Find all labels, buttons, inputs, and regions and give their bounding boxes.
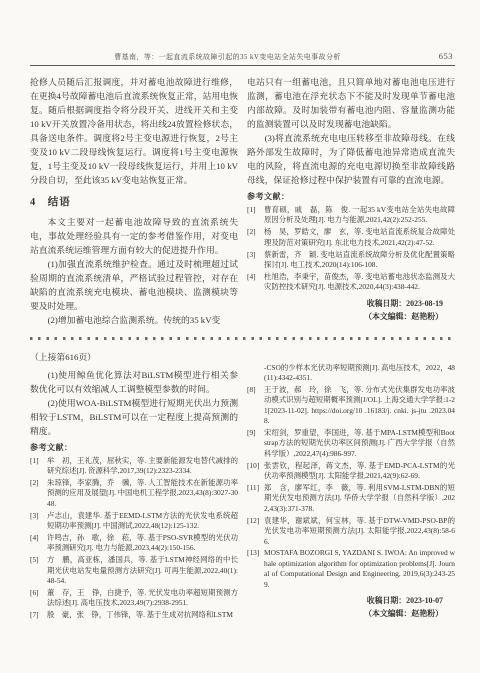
paragraph: 本文主要对一起蓄电池故障导致的直流系统失电，事故处理经验具有一定的参考借鉴作用，…: [30, 215, 238, 257]
reference-text: 卢志山，袁建华. 基于EEMD-LSTM方法的光伏发电系统超短期功率预测[J].…: [47, 511, 238, 532]
reference-item: [10] 张雲钦，程起泽，蒋文杰，等. 基于EMD-PCA-LSTM的光伏功率预…: [247, 461, 455, 482]
section-heading: 4 结语: [30, 194, 238, 209]
reference-text: 蔡新雷，齐 颖. 变电站直流系统故障分析及优化配置策略探讨[J]. 电工技术,2…: [264, 250, 455, 271]
reference-text: 许鸣吉，孙 歌，徐 菘，等. 基于PSO-SVR模型的光伏功率预测研究[J]. …: [47, 533, 238, 554]
reference-text: 张雲钦，程起泽，蒋文杰，等. 基于EMD-PCA-LSTM的光伏功率预测模型[J…: [264, 461, 455, 482]
reference-item: [1] 牟 初，王礼茂，屈秋实，等. 主要新能源发电替代减排的研究综述[J]. …: [30, 456, 238, 477]
reference-number: [5]: [30, 555, 47, 586]
paragraph: (1)使用鲸鱼优化算法对BiLSTM模型进行相关参数优化可以有效缩减人工调整模型…: [30, 368, 238, 396]
reference-item: [4] 杜旭浩，李秉宇，苗俊杰，等. 变电站蓄电池状态监测及大灾防控技术研究[J…: [247, 272, 455, 293]
journal-page: 曹基南，等：一起直流系统故障引起的35 kV变电站全站失电事故分析 653 抢修…: [0, 0, 480, 673]
dashed-divider: [30, 337, 455, 340]
reference-number: [1]: [30, 456, 47, 477]
reference-item: [2] 朱琼锋，李家腾，乔 骥，等. 人工智能技术在新能源功率预测的应用及展望[…: [30, 478, 238, 509]
page-header: 曹基南，等：一起直流系统故障引起的35 kV变电站全站失电事故分析 653: [30, 52, 455, 63]
reference-item: [9] 宋绍剑，罗重望，李国进，等. 基于MPA-LSTM模型和Bootstra…: [247, 428, 455, 459]
reference-item: [13] MOSTAFA BOZORGI S, YAZDANI S. IWOA:…: [247, 548, 455, 590]
reference-text: 杨 昊，罗皓文，廖 玄，等. 变电站直流系统复合故障处理及防范对策研究[J]. …: [264, 227, 455, 248]
reference-text: 朱琼锋，李家腾，乔 骥，等. 人工智能技术在新能源功率预测的应用及展望[J]. …: [47, 478, 238, 509]
reference-number: [7]: [30, 610, 47, 620]
editor-note: （本文编辑：赵艳粉）: [247, 607, 443, 620]
paragraph: 抢修人员随后汇报调度，并对蓄电池故障进行维修，在更换4号故障蓄电池后直流系统恢复…: [30, 75, 238, 187]
paragraph: (2)使用WOA-BiLSTM模型进行短期光伏出力预测相较于LSTM，BiLST…: [30, 396, 238, 438]
reference-number: [10]: [247, 461, 264, 482]
reference-text: 方 鹏，高亚栋，潘国兵，等. 基于LSTM神经网络的中长期光伏电站发电量预测方法…: [47, 555, 238, 586]
paragraph: 电站只有一组蓄电池，且只简单地对蓄电池电压进行监测，蓄电池在浮充状态下不能及时发…: [247, 75, 455, 131]
reference-text: 牟 初，王礼茂，屈秋实，等. 主要新能源发电替代减排的研究综述[J]. 资源科学…: [47, 456, 238, 477]
reference-number: [4]: [247, 272, 264, 293]
reference-item: [11] 郑 含，廖军红，李 薇，等. 利用SVM-LSTM-DBN的短期光伏发…: [247, 483, 455, 514]
reference-item: [3] 蔡新雷，齐 颖. 变电站直流系统故障分析及优化配置策略探讨[J]. 电工…: [247, 250, 455, 271]
article2-columns: （上接第616页） (1)使用鲸鱼优化算法对BiLSTM模型进行相关参数优化可以…: [30, 350, 455, 623]
reference-text: 董 存，王 铮，白捷予，等. 光伏发电功率超短期预测方法综述[J]. 高电压技术…: [47, 588, 238, 609]
references-label: 参考文献：: [247, 191, 455, 202]
reference-number: [3]: [30, 511, 47, 532]
header-rule: [30, 65, 455, 66]
reference-number: [2]: [30, 478, 47, 509]
reference-text: MOSTAFA BOZORGI S, YAZDANI S. IWOA: An i…: [264, 548, 455, 590]
reference-item: [4] 许鸣吉，孙 歌，徐 菘，等. 基于PSO-SVR模型的光伏功率预测研究[…: [30, 533, 238, 554]
reference-number: [1]: [247, 205, 264, 226]
reference-text: 王于波，郝 玲，徐 飞，等. 分布式光伏集群发电功率波动模式识别与超短期概率预测…: [264, 385, 455, 427]
received-date: 收稿日期：2023-08-19: [247, 297, 443, 310]
running-title: 曹基南，等：一起直流系统故障引起的35 kV变电站全站失电事故分析: [30, 52, 455, 62]
reference-item: [12] 袁建华，谢斌斌，何宝林，等. 基于DTW-VMD-PSO-BP的光伏发…: [247, 516, 455, 547]
article1-left-column: 抢修人员随后汇报调度，并对蓄电池故障进行维修，在更换4号故障蓄电池后直流系统恢复…: [30, 75, 238, 327]
article2-left-column: （上接第616页） (1)使用鲸鱼优化算法对BiLSTM模型进行相关参数优化可以…: [30, 350, 238, 623]
reference-item: [1] 曹育硕，戚 磊，陈 俊. 一起35 kV变电站全站失电故障原因分析及处理…: [247, 205, 455, 226]
reference-number: [13]: [247, 548, 264, 590]
reference-number: [12]: [247, 516, 264, 547]
reference-text: 杜旭浩，李秉宇，苗俊杰，等. 变电站蓄电池状态监测及大灾防控技术研究[J]. 电…: [264, 272, 455, 293]
reference-item: [3] 卢志山，袁建华. 基于EEMD-LSTM方法的光伏发电系统超短期功率预测…: [30, 511, 238, 532]
reference-number: [11]: [247, 483, 264, 514]
received-block: 收稿日期：2023-10-07 （本文编辑：赵艳粉）: [247, 594, 455, 620]
article1-right-column: 电站只有一组蓄电池，且只简单地对蓄电池电压进行监测，蓄电池在浮充状态下不能及时发…: [247, 75, 455, 323]
paragraph: (2)增加蓄电池综合监测系统。传统的35 kV变: [30, 313, 238, 327]
editor-note: （本文编辑：赵艳粉）: [247, 310, 443, 323]
page-number: 653: [439, 51, 453, 61]
references-label: 参考文献：: [30, 442, 238, 453]
reference-number: [6]: [30, 588, 47, 609]
reference-text: 曹育硕，戚 磊，陈 俊. 一起35 kV变电站全站失电故障原因分析及处理[J].…: [264, 205, 455, 226]
reference-item: [5] 方 鹏，高亚栋，潘国兵，等. 基于LSTM神经网络的中长期光伏电站发电量…: [30, 555, 238, 586]
reference-number: [4]: [30, 533, 47, 554]
reference-text: 宋绍剑，罗重望，李国进，等. 基于MPA-LSTM模型和Bootstrap方法的…: [264, 428, 455, 459]
reference-number: [8]: [247, 385, 264, 427]
reference-text: 殷 豪，张 铮，丁伟锋，等. 基于生成对抗网络和LSTM: [47, 610, 238, 620]
reference-number: [2]: [247, 227, 264, 248]
article2-right-column: -CSO的少样本光伏功率短期预测[J]. 高电压技术，2022，48(11):4…: [247, 363, 455, 621]
reference-item: [6] 董 存，王 铮，白捷予，等. 光伏发电功率超短期预测方法综述[J]. 高…: [30, 588, 238, 609]
paragraph: (1)加强直流系统维护检查。通过及时梳理超过试验周期的直流系统清单，严格试验过程…: [30, 257, 238, 313]
reference-item: [2] 杨 昊，罗皓文，廖 玄，等. 变电站直流系统复合故障处理及防范对策研究[…: [247, 227, 455, 248]
continuation-note: （上接第616页）: [30, 350, 238, 364]
paragraph: (3)将直流系统充电电压转移至非故障母线。在线路外部发生故障时，为了降低蓄电池异…: [247, 131, 455, 187]
reference-item: [8] 王于波，郝 玲，徐 飞，等. 分布式光伏集群发电功率波动模式识别与超短期…: [247, 385, 455, 427]
article1-columns: 抢修人员随后汇报调度，并对蓄电池故障进行维修，在更换4号故障蓄电池后直流系统恢复…: [30, 75, 455, 327]
reference-continuation: -CSO的少样本光伏功率短期预测[J]. 高电压技术，2022，48(11):4…: [247, 363, 455, 384]
received-block: 收稿日期：2023-08-19 （本文编辑：赵艳粉）: [247, 297, 455, 323]
reference-item: [7] 殷 豪，张 铮，丁伟锋，等. 基于生成对抗网络和LSTM: [30, 610, 238, 620]
reference-number: [3]: [247, 250, 264, 271]
reference-number: [9]: [247, 428, 264, 459]
received-date: 收稿日期：2023-10-07: [247, 594, 443, 607]
reference-text: 郑 含，廖军红，李 薇，等. 利用SVM-LSTM-DBN的短期光伏发电预测方法…: [264, 483, 455, 514]
reference-text: 袁建华，谢斌斌，何宝林，等. 基于DTW-VMD-PSO-BP的光伏发电功率短期…: [264, 516, 455, 547]
